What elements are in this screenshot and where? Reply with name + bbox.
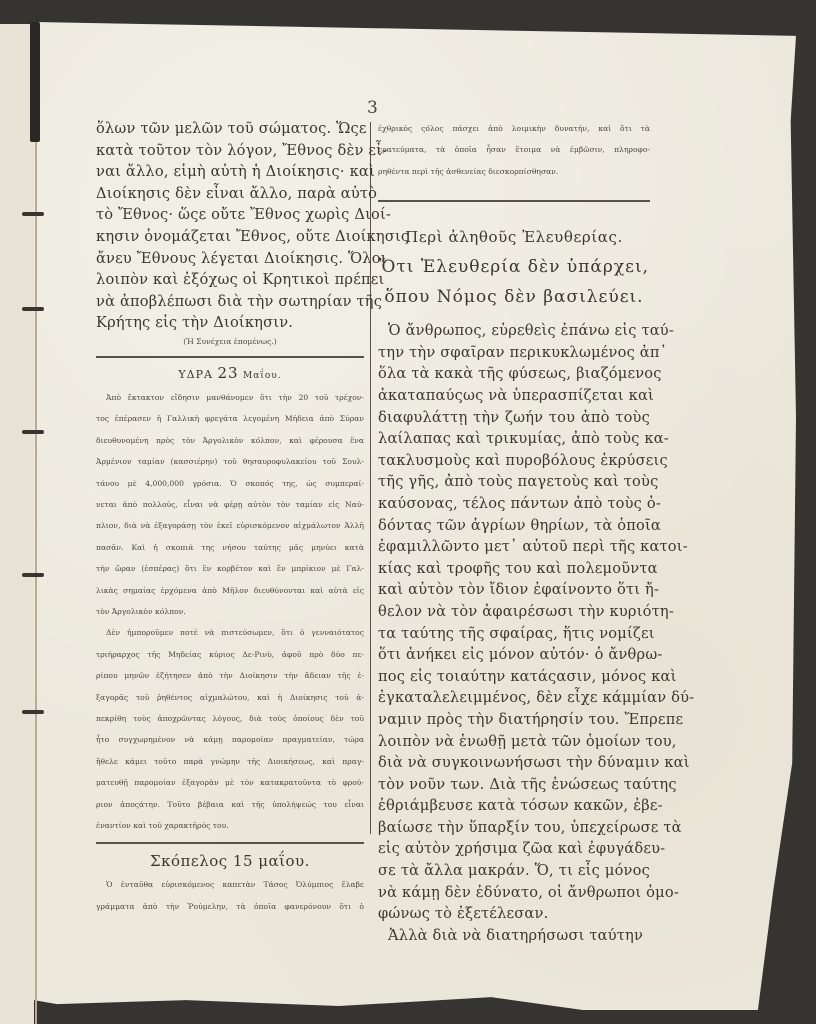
skopelos-report: Ὁ ἐνταῦθα εὑρισκόμενος καπετὰν Τάσος Ὀλύ… bbox=[96, 874, 364, 917]
text-line: ἦτο συγχωρημένον νὰ κάμῃ παρομοίαν πραγμ… bbox=[96, 729, 364, 750]
text-line: διευθυνομένη πρὸς τὸν Ἀργολικὸν κόλπον, … bbox=[96, 430, 364, 451]
text-line: πλιον, διὰ νὰ ἐξαγοράσῃ τὸν ἐκεῖ εὑρισκό… bbox=[96, 515, 364, 536]
text-line: τάνου μὲ 4,000,000 γρόσια. Ὁ σκοπός της,… bbox=[96, 473, 364, 494]
binding-stitch bbox=[22, 212, 44, 216]
text-line: Ὁ ἄνθρωπος, εὑρεθεὶς ἐπάνω εἰς ταύ- bbox=[378, 320, 650, 342]
text-line: τα ταύτης τῆς σφαίρας, ἥτις νομίζει bbox=[378, 623, 650, 645]
text-line: ἐθριάμβευσε κατὰ τόσων κακῶν, ἐβε- bbox=[378, 795, 650, 817]
text-line: ὅλα τὰ κακὰ τῆς φύσεως, βιαζόμενος bbox=[378, 363, 650, 385]
text-line: τὸ Ἔθνος· ὥςε οὔτε Ἔθνος χωρὶς Διοί- bbox=[96, 204, 364, 226]
text-line: ἐφαμιλλῶντο μετ᾽ αὐτοῦ περὶ τῆς κατοι- bbox=[378, 536, 650, 558]
article-title-line-1: Ὅτι Ἐλευθερία δὲν ὑπάρχει, bbox=[378, 252, 650, 282]
text-line: διὰ νὰ συγκοινωνήσωσι τὴν δύναμιν καὶ bbox=[378, 752, 650, 774]
text-line: φώνως τὸ ἐξετέλεσαν. bbox=[378, 903, 650, 925]
binding-stitch bbox=[22, 430, 44, 434]
skopelos-dateline: Σκόπελος 15 μαΐου. bbox=[96, 848, 364, 874]
text-line: ἐχθρικὸς ςόλος πάσχει ἀπὸ λοιμικὴν δυνατ… bbox=[378, 118, 650, 139]
text-line: ὅτι ἀνήκει εἰς μόνον αὐτόν· ὁ ἄνθρω- bbox=[378, 644, 650, 666]
text-line: ὅλων τῶν μελῶν τοῦ σώματος. Ὥςε bbox=[96, 118, 364, 140]
binding-stitch bbox=[22, 307, 44, 311]
adjacent-page-edge bbox=[0, 24, 34, 1024]
text-line: Ἀπὸ ἔκτακτον εἴδησιν μανθάνομεν ὅτι τὴν … bbox=[96, 387, 364, 408]
article-title-line-2: ὅπου Νόμος δὲν βασιλεύει. bbox=[378, 282, 650, 312]
text-line: δόντας τῶν ἀγρίων θηρίων, τὰ ὁποῖα bbox=[378, 515, 650, 537]
text-line: Ὁ ἐνταῦθα εὑρισκόμενος καπετὰν Τάσος Ὀλύ… bbox=[96, 874, 364, 895]
text-line: ςρατεύματα, τὰ ὁποῖα ἦσαν ἕτοιμα νὰ ἐμβῶ… bbox=[378, 139, 650, 160]
text-line: ριον ἀποςάτην. Τοῦτο βέβαια καὶ τῆς ὑπολ… bbox=[96, 794, 364, 815]
section-rule bbox=[96, 842, 364, 844]
section-rule bbox=[378, 200, 650, 202]
text-line: Κρήτης εἰς τὴν Διοίκησιν. bbox=[96, 312, 364, 334]
binding-thread bbox=[30, 22, 40, 142]
text-line: ναμιν πρὸς τὴν διατήρησίν του. Ἔπρεπε bbox=[378, 709, 650, 731]
text-line: ναι ἄλλο, εἰμὴ αὐτὴ ἡ Διοίκησις· καὶ bbox=[96, 161, 364, 183]
text-line: ἐναντίον καὶ τοῦ χαρακτῆρός του. bbox=[96, 815, 364, 836]
text-line: νεται ἀπὸ πολλούς, εἶναι νὰ φέρῃ αὐτὸν τ… bbox=[96, 494, 364, 515]
text-line: εἰς αὐτὸν χρήσιμα ζῶα καὶ ἐφυγάδευ- bbox=[378, 838, 650, 860]
binding-stitch bbox=[22, 710, 44, 714]
dateline-place: ΥΔΡΑ bbox=[178, 368, 213, 381]
text-line: κατὰ τοῦτον τὸν λόγον, Ἔθνος δὲν εἶ- bbox=[96, 140, 364, 162]
text-line: διαφυλάττῃ τὴν ζωήν του ἀπὸ τοὺς bbox=[378, 407, 650, 429]
skopelos-report-continued: ἐχθρικὸς ςόλος πάσχει ἀπὸ λοιμικὴν δυνατ… bbox=[378, 118, 650, 182]
text-line: τριήραρχος τῆς Μηδείας κύριος Δε-Ρινὺ, ἀ… bbox=[96, 644, 364, 665]
text-line: καύσονας, τέλος πάντων ἀπὸ τοὺς ὀ- bbox=[378, 493, 650, 515]
hydra-report-paragraph-2: Δὲν ἠμποροῦμεν ποτὲ νὰ πιστεύσωμεν, ὅτι … bbox=[96, 622, 364, 836]
text-line: καὶ αὐτὸν τὸν ἴδιον ἐφαίνοντο ὅτι ἤ- bbox=[378, 579, 650, 601]
binding-stitch bbox=[22, 573, 44, 577]
text-line: ἐγκαταλελειμμένος, δὲν εἶχε κάμμίαν δύ- bbox=[378, 687, 650, 709]
right-column: ἐχθρικὸς ςόλος πάσχει ἀπὸ λοιμικὴν δυνατ… bbox=[378, 118, 650, 946]
text-line: ἀκαταπαύςως νὰ ὑπερασπίζεται καὶ bbox=[378, 385, 650, 407]
continuation-note: (Ἡ Συνέχεια ἐπομένως.) bbox=[96, 334, 364, 350]
text-line: λοιπὸν νὰ ἑνωθῇ μετὰ τῶν ὁμοίων του, bbox=[378, 731, 650, 753]
text-line: την τὴν σφαῖραν περικυκλωμένος ἀπ᾽ bbox=[378, 342, 650, 364]
text-line: ρίπου μηνῶν ἐζήτησεν ἀπὸ τὴν Διοίκησιν τ… bbox=[96, 665, 364, 686]
text-line: ρηθέντα περὶ τῆς ἀσθενείας διεσκορπίσθησ… bbox=[378, 161, 650, 182]
dateline-month: Μαΐου. bbox=[243, 371, 282, 381]
text-line: γράμματα ἀπὸ τὴν Ῥούμελην, τὰ ὁποῖα φανε… bbox=[96, 896, 364, 917]
text-line: τὴν ὥραν (ἐσπέρας) ὅτι ἓν κορβέτον καὶ ἓ… bbox=[96, 558, 364, 579]
text-line: ἤθελε κάμει τοῦτο παρὰ γνώμην τῆς Διοική… bbox=[96, 751, 364, 772]
spine-fold bbox=[35, 22, 37, 1024]
text-line: ξαγορᾶς τοῦ ῥηθέντος αἰχμαλώτου, καὶ ἡ Δ… bbox=[96, 687, 364, 708]
text-line: πος εἰς τοιαύτην κατάςασιν, μόνος καὶ bbox=[378, 666, 650, 688]
text-line: ἄνευ Ἔθνους λέγεται Διοίκησις. Ὅλοι bbox=[96, 248, 364, 270]
page-number: 3 bbox=[367, 98, 378, 118]
binding-gutter bbox=[32, 22, 40, 1024]
text-line: βαίωσε τὴν ὕπαρξίν του, ὑπεχείρωσε τὰ bbox=[378, 817, 650, 839]
essay-ending: ὅλων τῶν μελῶν τοῦ σώματος. Ὥςε κατὰ τοῦ… bbox=[96, 118, 364, 334]
section-heading: Περὶ ἀληθοῦς Ἐλευθερίας. bbox=[378, 222, 650, 252]
text-line: λοιπὸν καὶ ἐξόχως οἱ Κρητικοὶ πρέπει bbox=[96, 269, 364, 291]
text-line: ματευθῇ παρομοίαν ἐξαγορὰν μὲ τὸν κατακρ… bbox=[96, 772, 364, 793]
text-line: κίας καὶ τροφῆς του καὶ πολεμοῦντα bbox=[378, 558, 650, 580]
text-line: Ἀλλὰ διὰ νὰ διατηρήσωσι ταύτην bbox=[378, 925, 650, 947]
text-line: σε τὰ ἄλλα μακράν. Ὅ, τι εἷς μόνος bbox=[378, 860, 650, 882]
text-line: νὰ κάμῃ δὲν ἐδύνατο, οἱ ἄνθρωποι ὁμο- bbox=[378, 882, 650, 904]
hydra-report-paragraph-1: Ἀπὸ ἔκτακτον εἴδησιν μανθάνομεν ὅτι τὴν … bbox=[96, 387, 364, 622]
text-line: τὸν Ἀργολικὸν κόλπον. bbox=[96, 601, 364, 622]
text-line: τὸν νοῦν των. Διὰ τῆς ἑνώσεως ταύτης bbox=[378, 774, 650, 796]
text-line: τῆς γῆς, ἀπὸ τοὺς παγετοὺς καὶ τοὺς bbox=[378, 471, 650, 493]
text-line: κησιν ὀνομάζεται Ἔθνος, οὔτε Διοίκησις bbox=[96, 226, 364, 248]
article-body: Ὁ ἄνθρωπος, εὑρεθεὶς ἐπάνω εἰς ταύ- την … bbox=[378, 320, 650, 946]
text-line: θελον νὰ τὸν ἀφαιρέσωσι τὴν κυριότη- bbox=[378, 601, 650, 623]
text-line: Δὲν ἠμποροῦμεν ποτὲ νὰ πιστεύσωμεν, ὅτι … bbox=[96, 622, 364, 643]
text-line: τος ἐπέρασεν ἡ Γαλλικὴ φρεγάτα λεγομένη … bbox=[96, 408, 364, 429]
left-column: ὅλων τῶν μελῶν τοῦ σώματος. Ὥςε κατὰ τοῦ… bbox=[96, 118, 364, 917]
text-line: τακλυσμοὺς καὶ πυροβόλους ἐκρύσεις bbox=[378, 450, 650, 472]
section-rule bbox=[96, 356, 364, 358]
dateline-day: 23 bbox=[217, 364, 238, 382]
hydra-dateline: ΥΔΡΑ 23 Μαΐου. bbox=[96, 362, 364, 387]
text-line: πασᾶν. Καὶ ἡ σκοπιά της νήσου ταύτης μᾶς… bbox=[96, 537, 364, 558]
text-line: Διοίκησις δὲν εἶναι ἄλλο, παρὰ αὐτὸ bbox=[96, 183, 364, 205]
text-line: λικὰς σημαίας ἐρχόμενα ἀπὸ Μῆλον διευθύν… bbox=[96, 580, 364, 601]
text-line: πεκρίθη τοὺς ἀποχρῶντας λόγους, διὰ τοὺς… bbox=[96, 708, 364, 729]
text-line: νὰ ἀποβλέπωσι διὰ τὴν σωτηρίαν τῆς bbox=[96, 291, 364, 313]
text-line: λαίλαπας καὶ τρικυμίας, ἀπὸ τοὺς κα- bbox=[378, 428, 650, 450]
text-line: Ἀρμένιον ταμίαν (κασσιέρην) τοῦ θησαυροφ… bbox=[96, 451, 364, 472]
